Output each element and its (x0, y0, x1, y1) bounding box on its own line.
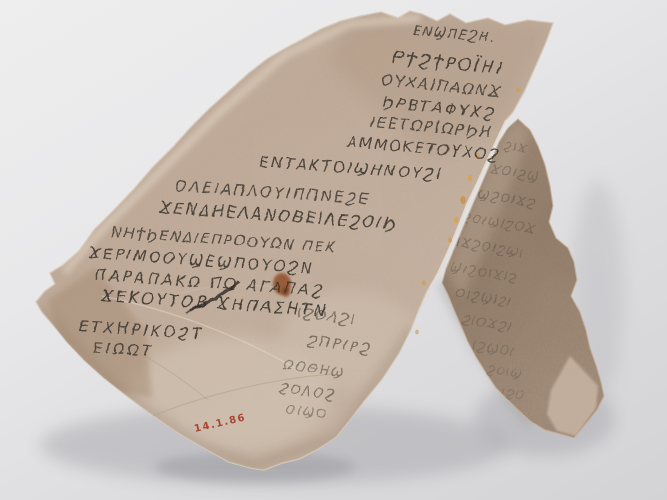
ostracon-photo-canvas: ΕΝϢΠΕϨΗ. ΡϮϨϮΡΟΪΗΙ ΟΥΧΑΙΠΑΩΝϪ ϦΡΒΤΑΦΥΧϨ … (0, 0, 667, 500)
crack-glint (468, 175, 472, 182)
crack-glint (422, 280, 426, 285)
ostracon-photograph: ΕΝϢΠΕϨΗ. ΡϮϨϮΡΟΪΗΙ ΟΥΧΑΙΠΑΩΝϪ ϦΡΒΤΑΦΥΧϨ … (0, 0, 667, 500)
crack-glint (460, 196, 465, 204)
inscription-line: ΕΙΩΩΤ (92, 338, 154, 359)
crack-glint (415, 330, 419, 335)
crack-glint (448, 237, 452, 243)
crack-glint (516, 88, 521, 92)
crack-glint (454, 217, 458, 224)
